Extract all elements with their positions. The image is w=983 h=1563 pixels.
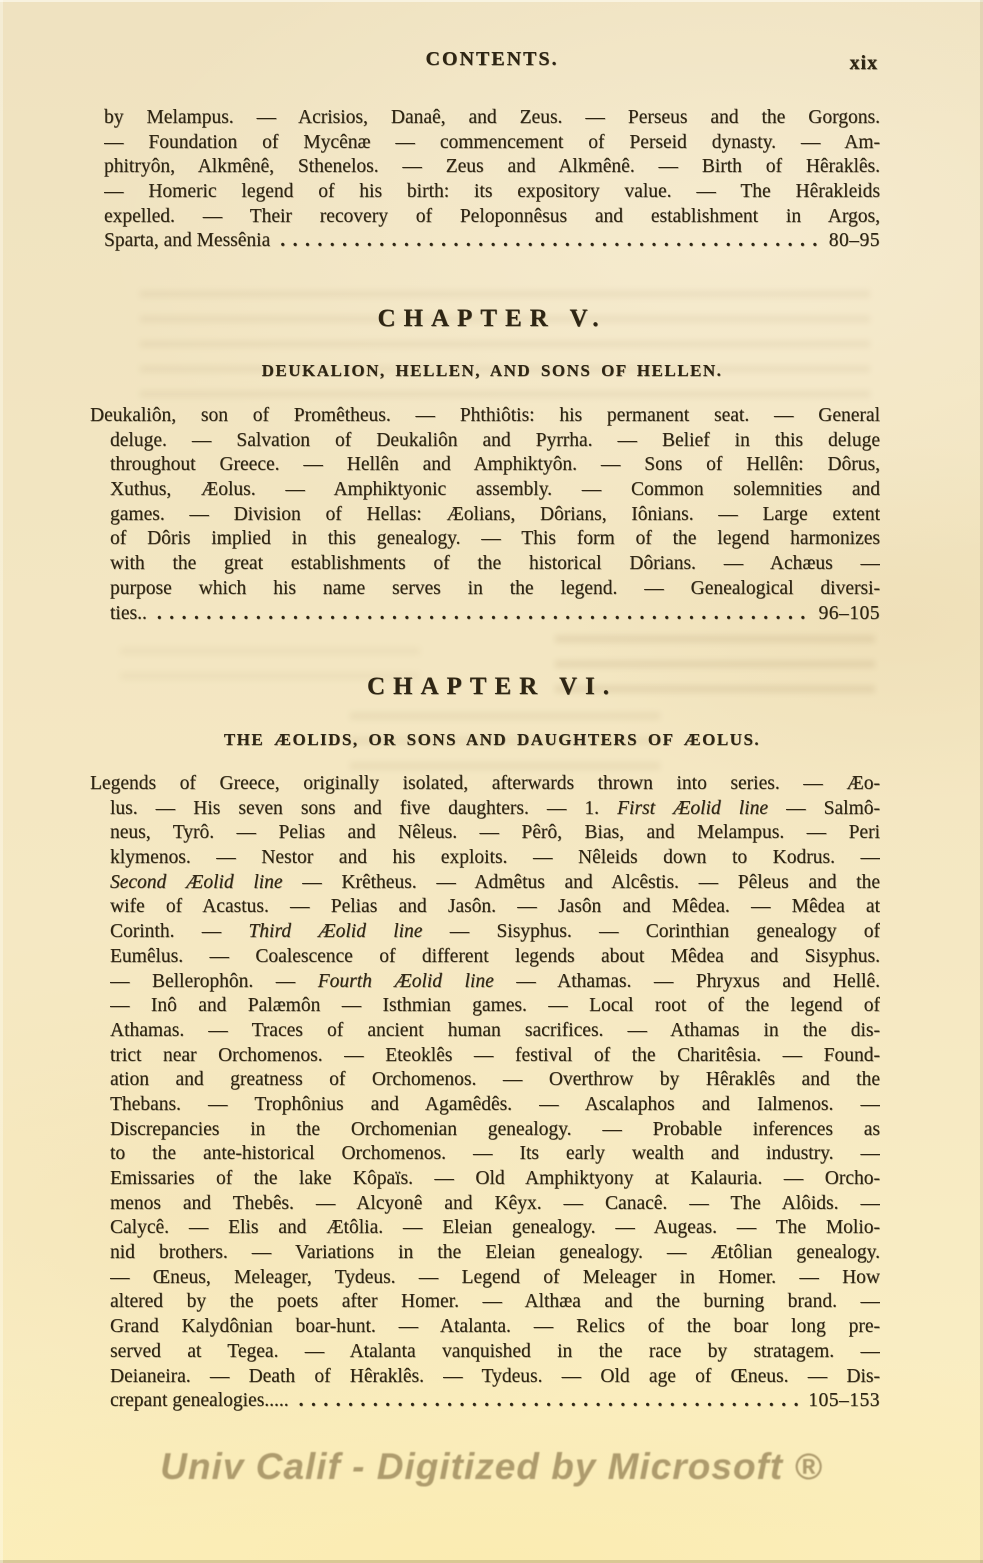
text-line: of Dôris implied in this genealogy. — Th…	[110, 527, 880, 552]
leader-text: Sparta, and Messênia	[104, 229, 270, 254]
text-line: ation and greatness of Orchomenos. — Ove…	[110, 1068, 880, 1093]
dot-leader: ........................................…	[299, 1389, 801, 1414]
text-line: lus. — His seven sons and five daughters…	[110, 797, 880, 822]
page-edge-left	[0, 0, 3, 1563]
text-line: neus, Tyrô. — Pelias and Nêleus. — Pêrô,…	[110, 821, 880, 846]
text-line: menos and Thebês. — Alcyonê and Kêyx. — …	[110, 1192, 880, 1217]
dot-leader: ........................................…	[157, 602, 811, 627]
text-line: Emissaries of the lake Kôpaïs. — Old Amp…	[110, 1167, 880, 1192]
dot-leader: ........................................…	[280, 229, 821, 254]
chapter-5-heading: CHAPTER V.	[104, 304, 880, 334]
page-range: 105–153	[808, 1389, 880, 1414]
text-line: — Homeric legend of his birth: its expos…	[104, 180, 880, 205]
chapter-6-heading: CHAPTER VI.	[104, 672, 880, 702]
leader-row: ties.. .................................…	[110, 602, 880, 627]
text-line: games. — Division of Hellas: Æolians, Dô…	[110, 503, 880, 528]
text-line: with the great establishments of the his…	[110, 552, 880, 577]
leader-text: ties..	[110, 602, 147, 627]
text-line: expelled. — Their recovery of Peloponnês…	[104, 205, 880, 230]
text-line: Athamas. — Traces of ancient human sacri…	[110, 1019, 880, 1044]
summary-lines: Deukaliôn, son of Promêtheus. — Phthiôti…	[110, 404, 880, 602]
leader-row: crepant genealogies..... ...............…	[110, 1389, 880, 1414]
text-line: to the ante-historical Orchomenos. — Its…	[110, 1142, 880, 1167]
leader-text: crepant genealogies.....	[110, 1389, 289, 1414]
text-line: Eumêlus. — Coalescence of different lege…	[110, 945, 880, 970]
text-line: Xuthus, Æolus. — Amphiktyonic assembly. …	[110, 478, 880, 503]
text-line: wife of Acastus. — Pelias and Jasôn. — J…	[110, 895, 880, 920]
chapter-6-summary: Legends of Greece, originally isolated, …	[110, 772, 880, 1414]
text-line: Deukaliôn, son of Promêtheus. — Phthiôti…	[90, 404, 880, 429]
summary-lines: Legends of Greece, originally isolated, …	[110, 772, 880, 1389]
text-line: served at Tegea. — Atalanta vanquished i…	[110, 1340, 880, 1365]
text-line: by Melampus. — Acrisios, Danaê, and Zeus…	[104, 106, 880, 131]
text-line: Discrepancies in the Orchomenian genealo…	[110, 1118, 880, 1143]
text-line: — Bellerophôn. — Fourth Æolid line — Ath…	[110, 970, 880, 995]
text-line: Grand Kalydônian boar-hunt. — Atalanta. …	[110, 1315, 880, 1340]
page-range: 80–95	[829, 229, 880, 254]
text-line: Calycê. — Elis and Ætôlia. — Eleian gene…	[110, 1216, 880, 1241]
page-edge-top	[0, 0, 983, 2]
text-line: Corinth. — Third Æolid line — Sisyphus. …	[110, 920, 880, 945]
chapter-5-summary: Deukaliôn, son of Promêtheus. — Phthiôti…	[110, 404, 880, 626]
text-line: klymenos. — Nestor and his exploits. — N…	[110, 846, 880, 871]
text-line: Second Æolid line — Krêtheus. — Admêtus …	[110, 871, 880, 896]
text-line: — Inô and Palæmôn — Isthmian games. — Lo…	[110, 994, 880, 1019]
digitization-watermark: Univ Calif - Digitized by Microsoft ®	[0, 1446, 983, 1488]
text-line: phitryôn, Alkmênê, Sthenelos. — Zeus and…	[104, 155, 880, 180]
contents-title: CONTENTS.	[104, 48, 880, 71]
chapter-5-subtitle: DEUKALION, HELLEN, AND SONS OF HELLEN.	[104, 360, 880, 382]
chapter-4-summary-continuation: by Melampus. — Acrisios, Danaê, and Zeus…	[104, 106, 880, 254]
text-line: throughout Greece. — Hellên and Amphikty…	[110, 453, 880, 478]
text-line: — Foundation of Mycênæ — commencement of…	[104, 131, 880, 156]
summary-lines: by Melampus. — Acrisios, Danaê, and Zeus…	[104, 106, 880, 229]
text-line: purpose which his name serves in the leg…	[110, 577, 880, 602]
page-number: xix	[849, 52, 878, 75]
text-line: nid brothers. — Variations in the Eleian…	[110, 1241, 880, 1266]
page-range: 96–105	[819, 602, 881, 627]
text-line: Thebans. — Trophônius and Agamêdês. — As…	[110, 1093, 880, 1118]
text-line: Legends of Greece, originally isolated, …	[90, 772, 880, 797]
text-line: Deianeira. — Death of Hêraklês. — Tydeus…	[110, 1365, 880, 1390]
text-line: deluge. — Salvation of Deukaliôn and Pyr…	[110, 429, 880, 454]
running-head: CONTENTS. xix	[104, 48, 880, 78]
chapter-6-subtitle: THE ÆOLIDS, OR SONS AND DAUGHTERS OF ÆOL…	[104, 729, 880, 751]
leader-row: Sparta, and Messênia ...................…	[104, 229, 880, 254]
text-line: trict near Orchomenos. — Eteoklês — fest…	[110, 1044, 880, 1069]
text-line: altered by the poets after Homer. — Alth…	[110, 1290, 880, 1315]
text-line: — Œneus, Meleager, Tydeus. — Legend of M…	[110, 1266, 880, 1291]
